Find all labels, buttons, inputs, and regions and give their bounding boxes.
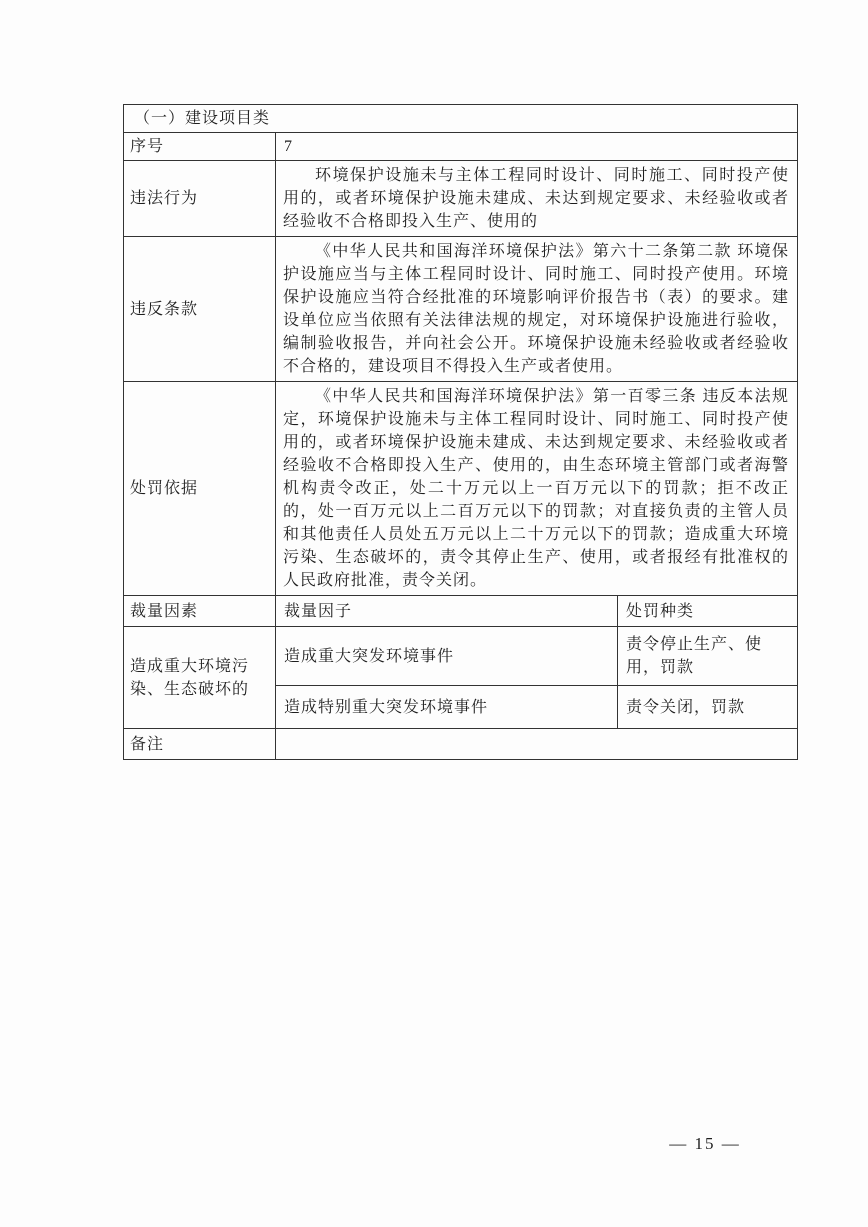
clause-text: 《中华人民共和国海洋环境保护法》第六十二条第二款 环境保护设施应当与主体工程同时… bbox=[283, 240, 789, 378]
section-header-cell: （一）建设项目类 bbox=[124, 105, 798, 133]
discretion-subfactor-header-cell: 裁量因子 bbox=[276, 596, 618, 627]
penalty-type-header: 处罚种类 bbox=[626, 603, 694, 620]
remarks-value-cell bbox=[276, 729, 798, 760]
clause-label: 违反条款 bbox=[130, 301, 198, 318]
violation-row: 违法行为 环境保护设施未与主体工程同时设计、同时施工、同时投产使用的，或者环境保… bbox=[124, 161, 798, 237]
serial-row: 序号 7 bbox=[124, 133, 798, 161]
penalty-type-1: 责令停止生产、使用，罚款 bbox=[626, 636, 762, 676]
discretion-group-cell: 造成重大环境污染、生态破坏的 bbox=[124, 627, 276, 729]
violation-text-cell: 环境保护设施未与主体工程同时设计、同时施工、同时投产使用的，或者环境保护设施未建… bbox=[276, 161, 798, 237]
page-number: — 15 — bbox=[630, 1134, 780, 1154]
penalty-type-cell: 责令关闭，罚款 bbox=[618, 686, 798, 729]
discretion-factor-header-cell: 裁量因素 bbox=[124, 596, 276, 627]
serial-value-cell: 7 bbox=[276, 133, 798, 161]
discretion-factor-header: 裁量因素 bbox=[130, 603, 198, 620]
clause-row: 违反条款 《中华人民共和国海洋环境保护法》第六十二条第二款 环境保护设施应当与主… bbox=[124, 237, 798, 382]
penalty-basis-label: 处罚依据 bbox=[130, 480, 198, 497]
penalty-type-header-cell: 处罚种类 bbox=[618, 596, 798, 627]
discretion-item-row: 造成重大环境污染、生态破坏的 造成重大突发环境事件 责令停止生产、使用，罚款 bbox=[124, 627, 798, 686]
clause-text-cell: 《中华人民共和国海洋环境保护法》第六十二条第二款 环境保护设施应当与主体工程同时… bbox=[276, 237, 798, 382]
section-header-text: （一）建设项目类 bbox=[134, 110, 270, 127]
discretion-factor-cell: 造成重大突发环境事件 bbox=[276, 627, 618, 686]
penalty-basis-row: 处罚依据 《中华人民共和国海洋环境保护法》第一百零三条 违反本法规定，环境保护设… bbox=[124, 382, 798, 596]
discretion-subfactor-header: 裁量因子 bbox=[284, 603, 352, 620]
discretion-factor-1: 造成重大突发环境事件 bbox=[284, 648, 454, 665]
remarks-label-cell: 备注 bbox=[124, 729, 276, 760]
violation-label-cell: 违法行为 bbox=[124, 161, 276, 237]
penalty-basis-text-cell: 《中华人民共和国海洋环境保护法》第一百零三条 违反本法规定，环境保护设施未与主体… bbox=[276, 382, 798, 596]
penalty-basis-text: 《中华人民共和国海洋环境保护法》第一百零三条 违反本法规定，环境保护设施未与主体… bbox=[283, 385, 789, 592]
remarks-label: 备注 bbox=[130, 736, 164, 753]
section-header-row: （一）建设项目类 bbox=[124, 105, 798, 133]
penalty-basis-label-cell: 处罚依据 bbox=[124, 382, 276, 596]
violation-text: 环境保护设施未与主体工程同时设计、同时施工、同时投产使用的，或者环境保护设施未建… bbox=[283, 164, 789, 233]
document-page: （一）建设项目类 序号 7 违法行为 环境保护设施未与主体工程同时设计、同时施工… bbox=[0, 0, 868, 1227]
remarks-row: 备注 bbox=[124, 729, 798, 760]
penalty-type-cell: 责令停止生产、使用，罚款 bbox=[618, 627, 798, 686]
serial-label-cell: 序号 bbox=[124, 133, 276, 161]
regulation-table: （一）建设项目类 序号 7 违法行为 环境保护设施未与主体工程同时设计、同时施工… bbox=[123, 104, 798, 760]
clause-label-cell: 违反条款 bbox=[124, 237, 276, 382]
discretion-group-label: 造成重大环境污染、生态破坏的 bbox=[130, 655, 271, 701]
discretion-factor-2: 造成特别重大突发环境事件 bbox=[284, 699, 488, 716]
discretion-factor-cell: 造成特别重大突发环境事件 bbox=[276, 686, 618, 729]
penalty-type-2: 责令关闭，罚款 bbox=[626, 699, 745, 716]
discretion-header-row: 裁量因素 裁量因子 处罚种类 bbox=[124, 596, 798, 627]
serial-value: 7 bbox=[284, 138, 293, 155]
violation-label: 违法行为 bbox=[130, 190, 198, 207]
serial-label: 序号 bbox=[130, 138, 164, 155]
